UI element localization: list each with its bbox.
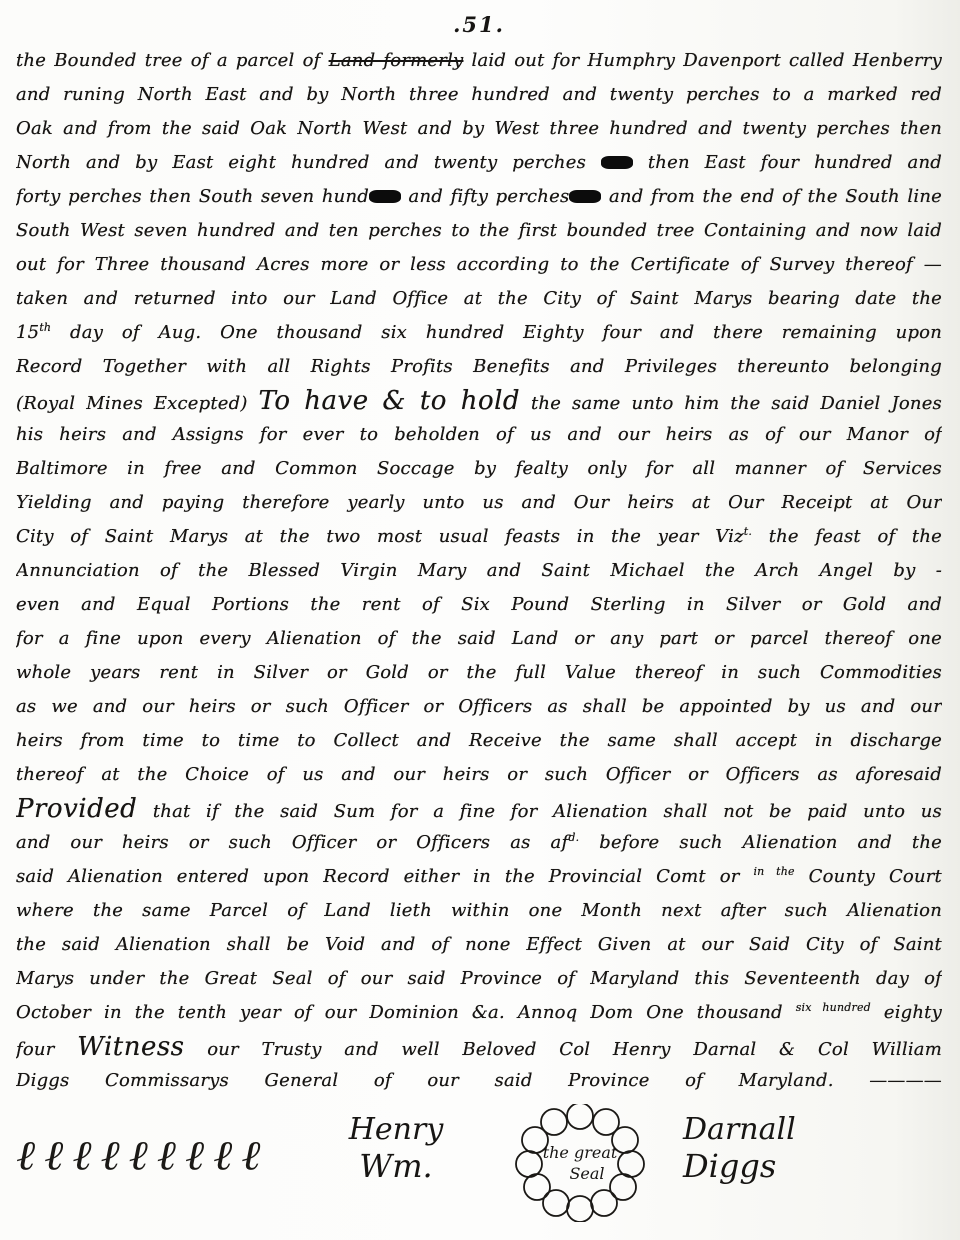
seal-text-line: Seal [555, 1163, 604, 1184]
text-segment: Diggs Commissarys General of our said Pr… [16, 1070, 942, 1091]
text-line-14: Yielding and paying therefore yearly unt… [16, 486, 942, 520]
text-line-1: the Bounded tree of a parcel of Land for… [16, 44, 942, 78]
seal-text: the great Seal [515, 1104, 645, 1222]
text-segment: and our heirs or such Officer or Officer… [16, 832, 568, 853]
signature-row: ℓℓℓℓℓℓℓℓℓ Henry Wm. [16, 1100, 942, 1230]
text-line-27: the said Alienation shall be Void and of… [16, 928, 942, 962]
text-line-24: and our heirs or such Officer or Officer… [16, 826, 942, 860]
signature-text: Henry [301, 1112, 491, 1148]
text-line-29: October in the tenth year of our Dominio… [16, 996, 942, 1030]
text-segment: October in the tenth year of our Dominio… [16, 1002, 796, 1023]
text-line-2: and runing North East and by North three… [16, 78, 942, 112]
text-line-18: for a fine upon every Alienation of the … [16, 622, 942, 656]
text-line-30: four Witness our Trusty and well Beloved… [16, 1030, 942, 1064]
text-line-16: Annunciation of the Blessed Virgin Mary … [16, 554, 942, 588]
text-segment: Oak and from the said Oak North West and… [16, 118, 942, 139]
text-segment: Annunciation of the Blessed Virgin Mary … [16, 560, 942, 581]
text-segment: for a fine upon every Alienation of the … [16, 628, 942, 649]
text-line-19: whole years rent in Silver or Gold or th… [16, 656, 942, 690]
text-line-7: out for Three thousand Acres more or les… [16, 248, 942, 282]
signature-william-diggs-right: Darnall Diggs [673, 1112, 913, 1184]
text-segment: Record Together with all Rights Profits … [16, 356, 942, 377]
text-segment: his heirs and Assigns for ever to behold… [16, 424, 942, 445]
ink-blot [569, 190, 601, 203]
text-line-21: heirs from time to time to Collect and R… [16, 724, 942, 758]
text-line-15: City of Saint Marys at the two most usua… [16, 520, 942, 554]
text-segment: thereof at the Choice of us and our heir… [16, 764, 942, 785]
great-seal-emblem: the great Seal [515, 1104, 645, 1222]
text-line-3: Oak and from the said Oak North West and… [16, 112, 942, 146]
text-segment: then East four hundred and [633, 152, 942, 173]
text-line-17: even and Equal Portions the rent of Six … [16, 588, 942, 622]
text-segment: the said Alienation shall be Void and of… [16, 934, 942, 955]
text-segment: eighty [871, 1002, 942, 1023]
text-line-28: Marys under the Great Seal of our said P… [16, 962, 942, 996]
text-segment: Land formerly [329, 50, 464, 71]
text-line-9: 15th day of Aug. One thousand six hundre… [16, 316, 942, 350]
text-line-11: (Royal Mines Excepted) To have & to hold… [16, 384, 942, 418]
text-line-4: North and by East eight hundred and twen… [16, 146, 942, 180]
text-segment: Yielding and paying therefore yearly unt… [16, 492, 942, 513]
text-segment: th [39, 321, 51, 334]
text-line-5: forty perches then South seven hund and … [16, 180, 942, 214]
text-line-10: Record Together with all Rights Profits … [16, 350, 942, 384]
text-segment: d. [568, 831, 579, 844]
text-line-20: as we and our heirs or such Officer or O… [16, 690, 942, 724]
signature-text: Diggs [683, 1148, 913, 1184]
text-segment: said Alienation entered upon Record eith… [16, 866, 753, 887]
text-segment: County Court [795, 866, 942, 887]
text-line-6: South West seven hundred and ten perches… [16, 214, 942, 248]
text-line-25: said Alienation entered upon Record eith… [16, 860, 942, 894]
text-line-8: taken and returned into our Land Office … [16, 282, 942, 316]
text-segment: Marys under the Great Seal of our said P… [16, 968, 942, 989]
text-segment: City of Saint Marys at the two most usua… [16, 526, 744, 547]
signature-henry-darnall-left: Henry Wm. [301, 1112, 491, 1184]
text-segment: and runing North East and by North three… [16, 84, 942, 105]
text-segment: laid out for Humphry Davenport called He… [463, 50, 942, 71]
pen-flourish: ℓℓℓℓℓℓℓℓℓ [16, 1131, 271, 1180]
text-line-12: his heirs and Assigns for ever to behold… [16, 418, 942, 452]
ink-blot [601, 156, 633, 169]
text-segment: where the same Parcel of Land lieth with… [16, 900, 942, 921]
signature-text: Darnall [683, 1112, 913, 1148]
ink-blot [369, 190, 401, 203]
text-line-22: thereof at the Choice of us and our heir… [16, 758, 942, 792]
text-segment: forty perches then South seven hund [16, 186, 369, 207]
text-segment: our Trusty and well Beloved Col Henry Da… [185, 1039, 942, 1060]
text-segment: day of Aug. One thousand six hundred Eig… [51, 322, 942, 343]
text-segment: the feast of the [752, 526, 942, 547]
text-segment: in the [753, 865, 794, 878]
text-segment: four [16, 1039, 77, 1060]
text-segment: taken and returned into our Land Office … [16, 288, 942, 309]
text-segment: that if the said Sum for a fine for Alie… [137, 801, 942, 822]
document-lines: the Bounded tree of a parcel of Land for… [16, 44, 942, 1098]
text-segment: and from the end of the South line [601, 186, 942, 207]
manuscript-page: .51. the Bounded tree of a parcel of Lan… [0, 0, 960, 1240]
text-segment: t. [744, 525, 752, 538]
text-segment: Provided [16, 794, 137, 824]
signature-text: Wm. [301, 1148, 491, 1184]
text-segment: South West seven hundred and ten perches… [16, 220, 942, 241]
text-segment: Baltimore in free and Common Soccage by … [16, 458, 942, 479]
text-segment: 15 [16, 322, 39, 343]
text-line-23: Provided that if the said Sum for a fine… [16, 792, 942, 826]
text-segment: North and by East eight hundred and twen… [16, 152, 601, 173]
text-segment: whole years rent in Silver or Gold or th… [16, 662, 942, 683]
seal-text-line: the great [543, 1142, 618, 1163]
text-segment: as we and our heirs or such Officer or O… [16, 696, 942, 717]
text-segment: the same unto him the said Daniel Jones [520, 393, 942, 414]
text-line-26: where the same Parcel of Land lieth with… [16, 894, 942, 928]
text-segment: To have & to hold [259, 386, 521, 416]
text-line-13: Baltimore in free and Common Soccage by … [16, 452, 942, 486]
text-segment: (Royal Mines Excepted) [16, 393, 259, 414]
text-segment: before such Alienation and the [579, 832, 942, 853]
text-line-31: Diggs Commissarys General of our said Pr… [16, 1064, 942, 1098]
text-segment: six hundred [796, 1001, 871, 1014]
text-segment: and fifty perches [401, 186, 569, 207]
text-segment: even and Equal Portions the rent of Six … [16, 594, 942, 615]
text-segment: heirs from time to time to Collect and R… [16, 730, 942, 751]
page-number: .51. [16, 10, 942, 40]
text-segment: the Bounded tree of a parcel of [16, 50, 329, 71]
text-segment: out for Three thousand Acres more or les… [16, 254, 942, 275]
text-segment: Witness [77, 1032, 184, 1062]
